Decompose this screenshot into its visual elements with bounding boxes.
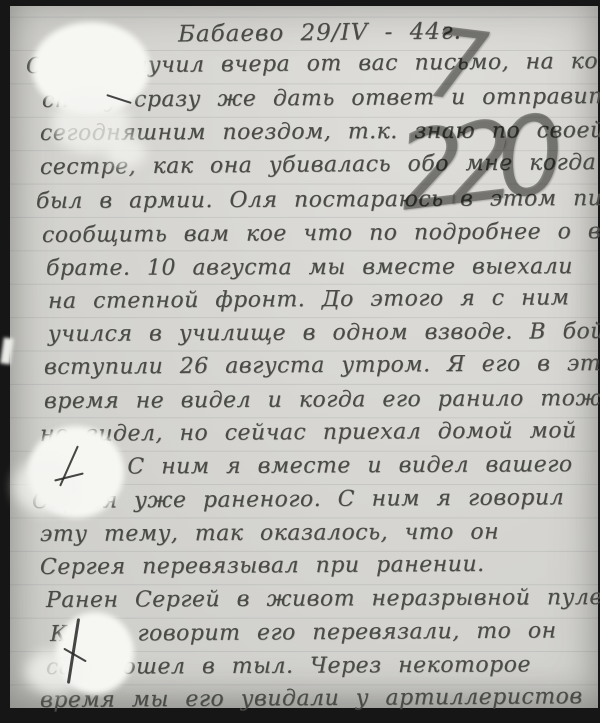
letter-paper: Бабаево 29/IV - 44г. Оля! Получил вчера … [10, 6, 598, 708]
letter-line: время мы его увидали у артиллеристов [40, 684, 583, 713]
letter-line: Сергея перевязывал при ранении. [40, 552, 485, 580]
letter-line: не видел, но сейчас приехал домой мой [40, 418, 577, 447]
paper-tear-top-left [106, 136, 146, 168]
letter-line: на степной фронт. До этого я с ним [48, 285, 570, 314]
letter-header-date: Бабаево 29/IV - 44г. [178, 19, 462, 48]
letter-line: Ранен Сергей в живот неразрывной пулей. [46, 585, 600, 613]
letter-line: учился в училище в одном взводе. В бой [48, 319, 600, 347]
letter-line: эту тему, так оказалось, что он [40, 520, 499, 547]
edge-paper-chip [0, 337, 14, 364]
letter-line: вступили 26 августа утром. Я его в это [44, 351, 600, 380]
letter-line: брате. 10 августа мы вместе выехали [46, 254, 573, 281]
letter-line: время не видел и когда его ранило тоже [44, 386, 600, 414]
scan-background: Бабаево 29/IV - 44г. Оля! Получил вчера … [0, 0, 600, 723]
letter-line: сообщить вам кое что по подробнее о ваше… [42, 219, 600, 248]
pencil-annotation-number: 220 [391, 93, 553, 235]
